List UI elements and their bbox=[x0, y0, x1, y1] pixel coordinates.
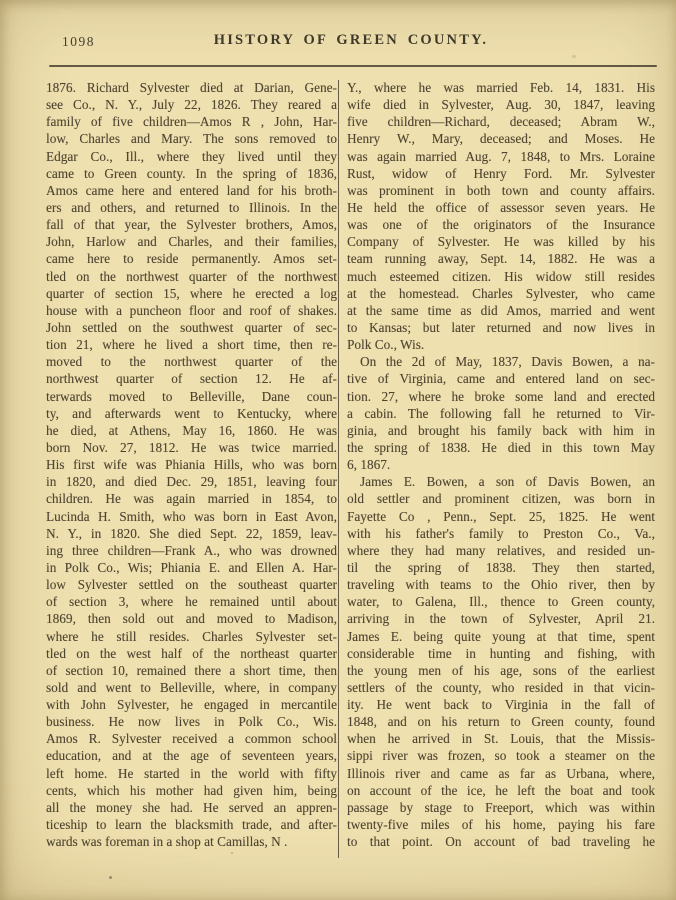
text-line: house with a puncheon floor and roof of … bbox=[46, 302, 337, 319]
text-line: team running away, Sept. 14, 1882. He wa… bbox=[347, 250, 655, 267]
text-line: northwest quarter of section 12. He af- bbox=[46, 370, 337, 387]
text-line: the young men of his age, sons of the ea… bbox=[347, 662, 655, 679]
text-line: a cabin. The following fall he returned … bbox=[347, 405, 655, 422]
text-line: wards was foreman in a shop at Camillas,… bbox=[46, 833, 337, 850]
text-line: where he still resides. Charles Sylveste… bbox=[46, 628, 337, 645]
text-line: ity. He went back to Virginia in the fal… bbox=[347, 696, 655, 713]
text-line: at the homestead. Charles Sylvester, who… bbox=[347, 285, 655, 302]
text-line: arriving in the town of Sylvester, April… bbox=[347, 610, 655, 627]
ink-speck bbox=[231, 852, 233, 854]
text-line: fall of that year, the Sylvester brother… bbox=[46, 216, 337, 233]
text-line: Amos came here and entered land for his … bbox=[46, 182, 337, 199]
text-line: ers and others, and returned to Illinois… bbox=[46, 199, 337, 216]
text-line: to Kansas; but later returned and now li… bbox=[347, 319, 655, 336]
text-line: traveling with teams to the Ohio river, … bbox=[347, 576, 655, 593]
text-line: tive of Virginia, came and entered land … bbox=[347, 370, 655, 387]
column-divider bbox=[338, 80, 339, 858]
text-line: cents, which his mother had given him, b… bbox=[46, 782, 337, 799]
text-line: when he arrived in St. Louis, that the M… bbox=[347, 730, 655, 747]
text-line: Polk Co., Wis. bbox=[347, 336, 655, 353]
header-rule bbox=[49, 65, 657, 67]
text-line: came here to reside permanently. Amos se… bbox=[46, 250, 337, 267]
text-line: James E. Bowen, a son of Davis Bowen, an bbox=[347, 473, 655, 490]
ink-speck bbox=[572, 55, 576, 58]
text-line: children. He was again married in 1854, … bbox=[46, 490, 337, 507]
text-line: On the 2d of May, 1837, Davis Bowen, a n… bbox=[347, 353, 655, 370]
text-line: to that point. On account of bad traveli… bbox=[347, 833, 655, 850]
text-line: wife died in Sylvester, Aug. 30, 1847, l… bbox=[347, 96, 655, 113]
text-line: ty, and afterwards went to Kentucky, whe… bbox=[46, 405, 337, 422]
text-line: five children—Richard, deceased; Abram W… bbox=[347, 113, 655, 130]
text-line: James E. being quite young at that time,… bbox=[347, 628, 655, 645]
text-line: in Polk Co., Wis; Phiania E. and Ellen A… bbox=[46, 559, 337, 576]
text-line: sold and went to Belleville, where, in c… bbox=[46, 679, 337, 696]
text-line: 1869, then sold out and moved to Madison… bbox=[46, 610, 337, 627]
text-line: Lucinda H. Smith, who was born in East A… bbox=[46, 508, 337, 525]
text-line: 1876. Richard Sylvester died at Darian, … bbox=[46, 79, 337, 96]
text-line: moved to the northwest quarter of the bbox=[46, 353, 337, 370]
text-line: in 1820, and died Dec. 29, 1851, leaving… bbox=[46, 473, 337, 490]
text-line: was one of the originators of the Insura… bbox=[347, 216, 655, 233]
text-line: much esteemed citizen. His widow still r… bbox=[347, 268, 655, 285]
text-line: He held the office of assessor seven yea… bbox=[347, 199, 655, 216]
column-right: Y., where he was married Feb. 14, 1831. … bbox=[347, 79, 655, 850]
running-header-title: HISTORY OF GREEN COUNTY. bbox=[46, 32, 656, 49]
text-line: 1848, and on his return to Green county,… bbox=[347, 713, 655, 730]
text-line: Illinois river and came as far as Urbana… bbox=[347, 765, 655, 782]
text-line: tion 21, where he lived a short time, th… bbox=[46, 336, 337, 353]
text-line: tled on the west half of the northeast q… bbox=[46, 645, 337, 662]
text-line: Rust, widow of Henry Ford. Mr. Sylvester bbox=[347, 165, 655, 182]
text-line: twenty-five miles of his home, paying hi… bbox=[347, 816, 655, 833]
text-line: with John Sylvester, he engaged in merca… bbox=[46, 696, 337, 713]
text-line: tled on the northwest quarter of the nor… bbox=[46, 268, 337, 285]
text-line: of section 10, remained there a short ti… bbox=[46, 662, 337, 679]
text-line: where they had many relatives, and resid… bbox=[347, 542, 655, 559]
text-line: His first wife was Phiania Hills, who wa… bbox=[46, 456, 337, 473]
text-line: 6, 1867. bbox=[347, 456, 655, 473]
text-line: all the money she had. He served an appr… bbox=[46, 799, 337, 816]
text-line: Henry W., Mary, deceased; and Moses. He bbox=[347, 130, 655, 147]
column-left: 1876. Richard Sylvester died at Darian, … bbox=[46, 79, 337, 850]
text-line: John settled on the southwest quarter of… bbox=[46, 319, 337, 336]
text-line: on account of the ice, he left the boat … bbox=[347, 782, 655, 799]
text-line: family of five children—Amos R , John, H… bbox=[46, 113, 337, 130]
text-line: old settler and prominent citizen, was b… bbox=[347, 490, 655, 507]
text-line: with his father's family to Preston Co.,… bbox=[347, 525, 655, 542]
text-line: John, Harlow and Charles, and their fami… bbox=[46, 233, 337, 250]
text-line: considerable time in hunting and fishing… bbox=[347, 645, 655, 662]
text-line: terwards moved to Belleville, Dane coun- bbox=[46, 388, 337, 405]
text-line: water, to Galena, Ill., thence to Green … bbox=[347, 593, 655, 610]
text-line: at the same time as did Amos, married an… bbox=[347, 302, 655, 319]
text-line: N. Y., in 1820. She died Sept. 22, 1859,… bbox=[46, 525, 337, 542]
text-line: sippi river was frozen, so took a steame… bbox=[347, 747, 655, 764]
text-line: born Nov. 27, 1812. He was twice married… bbox=[46, 439, 337, 456]
text-line: ginia, and brought his family back with … bbox=[347, 422, 655, 439]
text-line: settlers of the county, who resided in t… bbox=[347, 679, 655, 696]
text-line: education, and at the age of seventeen y… bbox=[46, 747, 337, 764]
text-line: Amos R. Sylvester received a common scho… bbox=[46, 730, 337, 747]
text-line: was prominent in both town and county af… bbox=[347, 182, 655, 199]
text-line: passage by stage to Freeport, which was … bbox=[347, 799, 655, 816]
text-line: Company of Sylvester. He was killed by h… bbox=[347, 233, 655, 250]
text-line: Fayette Co , Penn., Sept. 25, 1825. He w… bbox=[347, 508, 655, 525]
text-line: came to Green county. In the spring of 1… bbox=[46, 165, 337, 182]
text-line: the spring of 1838. He died in this town… bbox=[347, 439, 655, 456]
text-line: tion. 27, where he broke some land and e… bbox=[347, 388, 655, 405]
text-line: ticeship to learn the blacksmith trade, … bbox=[46, 816, 337, 833]
text-line: low, Charles and Mary. The sons removed … bbox=[46, 130, 337, 147]
text-line: Edgar Co., Ill., where they lived until … bbox=[46, 148, 337, 165]
text-line: Y., where he was married Feb. 14, 1831. … bbox=[347, 79, 655, 96]
text-line: of section 3, where he remained until ab… bbox=[46, 593, 337, 610]
text-line: quarter of section 15, where he erected … bbox=[46, 285, 337, 302]
book-page: 1098 HISTORY OF GREEN COUNTY. 1876. Rich… bbox=[0, 0, 676, 900]
text-line: low Sylvester settled on the southeast q… bbox=[46, 576, 337, 593]
ink-speck bbox=[109, 876, 112, 879]
text-line: see Co., N. Y., July 22, 1826. They rear… bbox=[46, 96, 337, 113]
text-line: ing three children—Frank A., who was dro… bbox=[46, 542, 337, 559]
text-line: til the spring of 1838. They then starte… bbox=[347, 559, 655, 576]
text-line: business. He now lives in Polk Co., Wis. bbox=[46, 713, 337, 730]
text-line: left home. He started in the world with … bbox=[46, 765, 337, 782]
text-line: was again married Aug. 7, 1848, to Mrs. … bbox=[347, 148, 655, 165]
text-line: he died, at Athens, May 16, 1860. He was bbox=[46, 422, 337, 439]
